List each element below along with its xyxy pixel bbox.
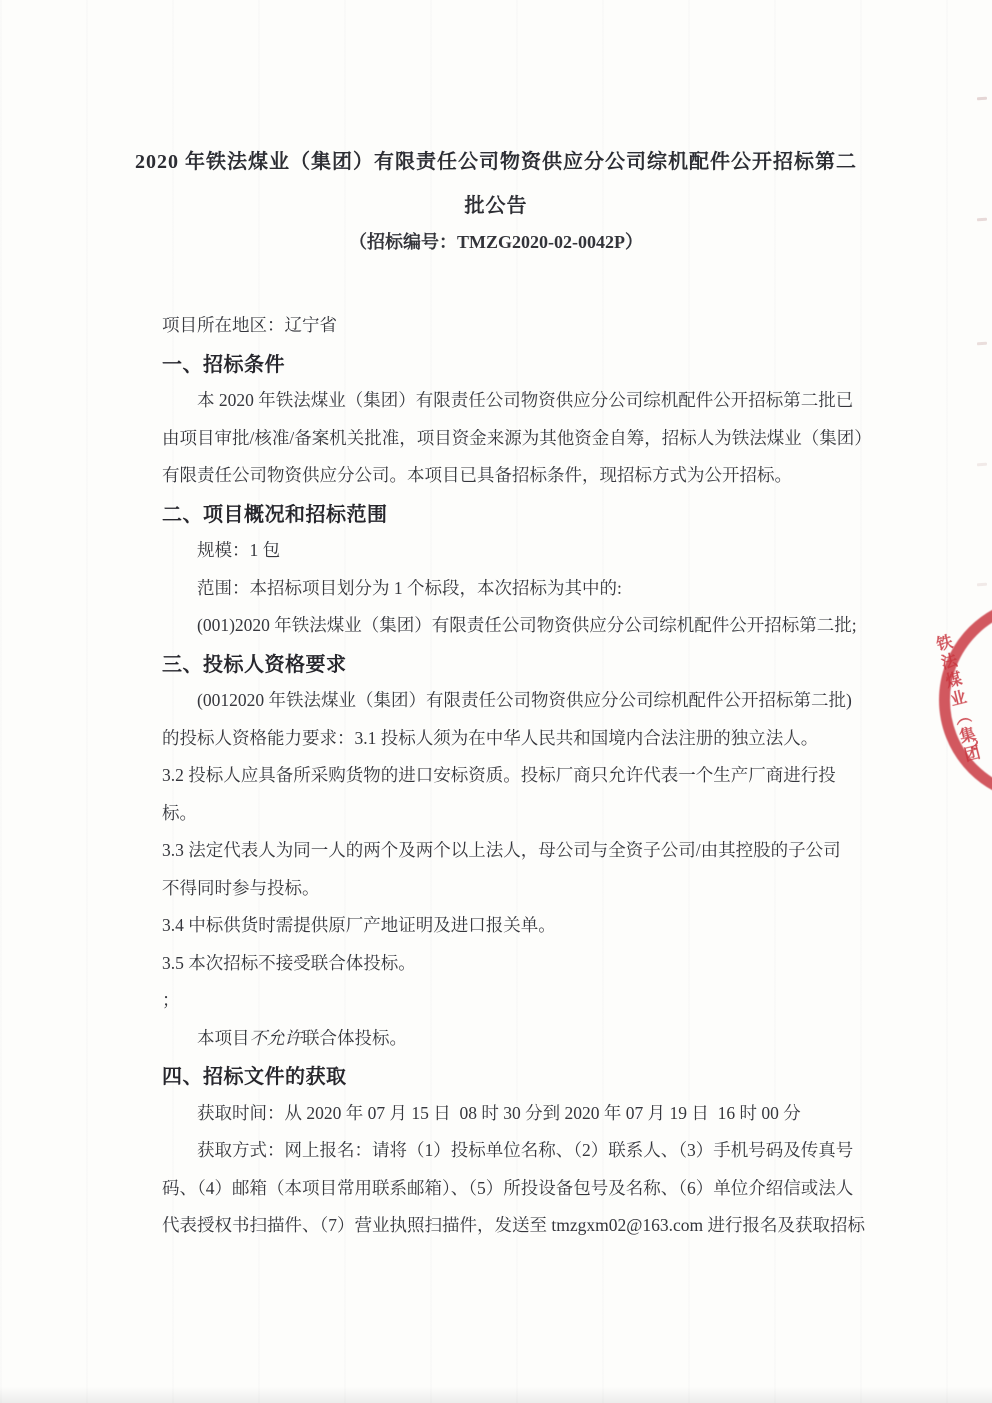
document-text-line: 本项目不允许联合体投标。 (162, 1019, 852, 1057)
section-heading: 三、投标人资格要求 (162, 644, 852, 682)
text-segment: 联合体投标。 (302, 1025, 407, 1050)
document-text-line: 由项目审批/核准/备案机关批准，项目资金来源为其他资金自筹，招标人为铁法煤业（集… (162, 419, 852, 457)
document-text-line: 获取时间：从 2020 年 07 月 15 日 08 时 30 分到 2020 … (162, 1094, 852, 1132)
document-title-line-1: 2020 年铁法煤业（集团）有限责任公司物资供应分公司综机配件公开招标第二 (0, 148, 992, 176)
document-text-line: (0012020 年铁法煤业（集团）有限责任公司物资供应分公司综机配件公开招标第… (162, 681, 852, 719)
document-text-line: (001)2020 年铁法煤业（集团）有限责任公司物资供应分公司综机配件公开招标… (162, 606, 852, 644)
document-text-line: 获取方式：网上报名：请将（1）投标单位名称、（2）联系人、（3）手机号码及传真号 (162, 1131, 852, 1169)
document-text-line: 码、（4）邮箱（本项目常用联系邮箱）、（5）所投设备包号及名称、（6）单位介绍信… (162, 1169, 852, 1207)
document-text-line: 不得同时参与投标。 (162, 869, 852, 907)
document-text-line: 3.5 本次招标不接受联合体投标。 (162, 944, 852, 982)
document-text-line: 本 2020 年铁法煤业（集团）有限责任公司物资供应分公司综机配件公开招标第二批… (162, 381, 852, 419)
document-title-line-2: 批公告 (0, 192, 992, 220)
scan-artifact-mark (977, 463, 987, 467)
document-text-line: 3.2 投标人应具备所采购货物的进口安标资质。投标厂商只允许代表一个生产厂商进行… (162, 756, 852, 794)
document-text-line: 3.4 中标供货时需提供原厂产地证明及进口报关单。 (162, 906, 852, 944)
section-heading: 四、招标文件的获取 (162, 1056, 852, 1094)
document-text-line: 的投标人资格能力要求：3.1 投标人须为在中华人民共和国境内合法注册的独立法人。 (162, 719, 852, 757)
document-text-line: 有限责任公司物资供应分公司。本项目已具备招标条件，现招标方式为公开招标。 (162, 456, 852, 494)
tender-number: （招标编号：TMZG2020-02-0042P） (0, 230, 992, 254)
scan-artifact-mark (977, 342, 987, 346)
section-heading: 二、项目概况和招标范围 (162, 494, 852, 532)
document-body: 项目所在地区：辽宁省一、招标条件本 2020 年铁法煤业（集团）有限责任公司物资… (162, 306, 852, 1244)
scan-artifact-mark (977, 583, 987, 587)
text-segment: 本项目 (197, 1025, 250, 1050)
document-text-line: 项目所在地区：辽宁省 (162, 306, 852, 344)
document-page: 2020 年铁法煤业（集团）有限责任公司物资供应分公司综机配件公开招标第二 批公… (0, 0, 992, 1403)
scan-artifact-mark (977, 218, 987, 222)
document-text-line: ； (162, 981, 852, 1019)
document-text-line: 规模：1 包 (162, 531, 852, 569)
scan-artifact-mark (977, 97, 987, 101)
document-text-line: 范围：本招标项目划分为 1 个标段，本次招标为其中的: (162, 569, 852, 607)
italic-text-segment: 不允许 (250, 1025, 303, 1050)
section-heading: 一、招标条件 (162, 344, 852, 382)
document-text-line: 代表授权书扫描件、（7）营业执照扫描件，发送至 tmzgxm02@163.com… (162, 1206, 852, 1244)
document-text-line: 标。 (162, 794, 852, 832)
document-text-line: 3.3 法定代表人为同一人的两个及两个以上法人，母公司与全资子公司/由其控股的子… (162, 831, 852, 869)
